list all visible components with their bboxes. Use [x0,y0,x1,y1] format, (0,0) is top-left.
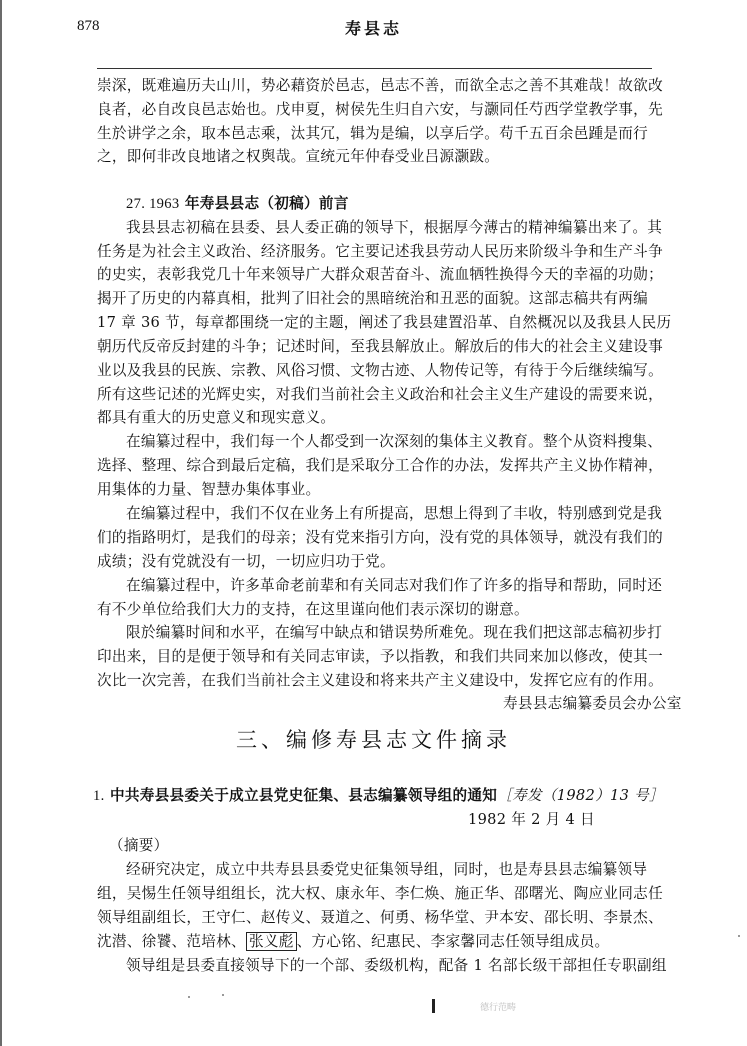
text-line: 组，吴惕生任领导组组长，沈大权、康永年、李仁焕、施正华、邵曙光、陶应业同志任 [97,884,663,904]
item-1-heading: 1. 中共寿县县委关于成立县党史征集、县志编纂领导组的通知［寿发（1982）13… [93,786,664,806]
abstract-label: （摘要） [109,836,169,856]
document-reference: ［寿发（1982）13 号］ [497,787,664,804]
members-text: 沈潜、徐饕、范培林、 [97,933,246,950]
scan-speck [188,996,190,998]
text-line: 领导组副组长，王守仁、赵传义、聂道之、何勇、杨华堂、尹本安、邵长明、李景杰、 [97,908,663,928]
text-line: 经研究决定，成立中共寿县县委党史征集领导组，同时，也是寿县县志编纂领导 [97,860,647,880]
item-title: 中共寿县县委关于成立县党史征集、县志编纂领导组的通知 [110,787,497,804]
page-left-border [0,0,2,1046]
faint-footer-text: 德行范畴 [480,1000,516,1013]
item-number: 1. [93,788,105,804]
scan-artifact-mark [432,999,435,1013]
members-text: 、方心铭、纪惠民、李家馨同志任领导组成员。 [297,933,610,950]
highlighted-name: 张义彪 [246,932,297,951]
scan-speck [738,935,740,937]
scan-speck [222,994,224,996]
item-1-column: 1. 中共寿县县委关于成立县党史征集、县志编纂领导组的通知［寿发（1982）13… [97,0,653,1046]
document-date: 1982 年 2 月 4 日 [468,810,595,830]
text-line: 沈潜、徐饕、范培林、张义彪、方心铭、纪惠民、李家馨同志任领导组成员。 [97,932,609,952]
text-line: 领导组是县委直接领导下的一个部、委级机构，配备 1 名部长级干部担任专职副组 [97,956,667,976]
